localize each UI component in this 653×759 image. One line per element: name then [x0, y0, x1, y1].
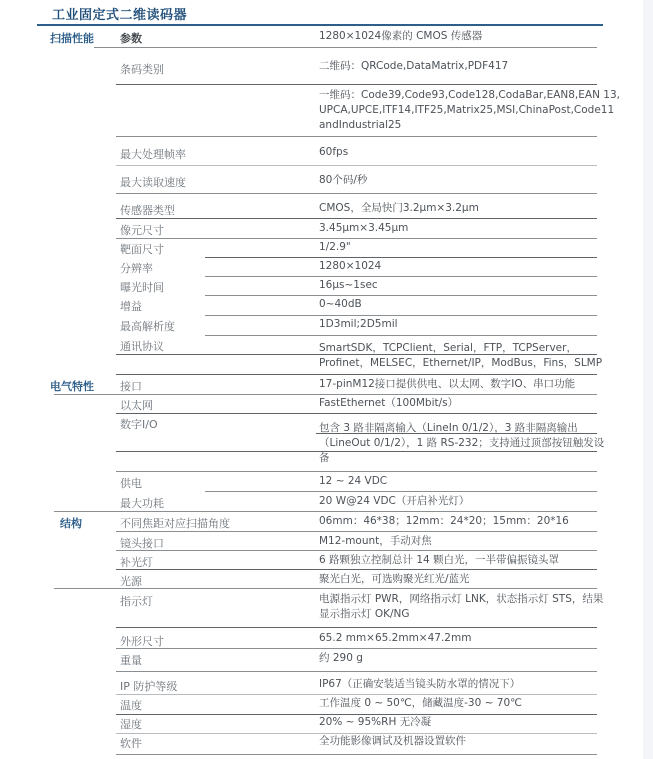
spec-label: 最大读取速度 — [120, 174, 186, 190]
row-divider — [116, 694, 597, 695]
spec-value: 6 路颗独立控制总计 14 颗白光，一半带偏振镜头罩 — [319, 553, 619, 568]
row-divider — [94, 47, 597, 48]
row-divider — [116, 531, 597, 532]
spec-value: 20 W@24 VDC（开启补光灯） — [319, 494, 619, 509]
row-divider — [205, 295, 597, 296]
spec-label: 接口 — [120, 378, 142, 394]
row-divider — [116, 193, 597, 194]
spec-value: 20% ~ 95%RH 无冷凝 — [319, 715, 619, 730]
row-divider — [316, 433, 597, 434]
spec-value: 1280×1024像素的 CMOS 传感器 — [319, 29, 619, 44]
row-divider — [205, 335, 597, 336]
spec-label: 像元尺寸 — [120, 222, 164, 238]
spec-value: 65.2 mm×65.2mm×47.2mm — [319, 631, 619, 646]
row-divider — [116, 569, 597, 570]
spec-label: 外形尺寸 — [120, 633, 164, 649]
spec-value: M12-mount，手动对焦 — [319, 534, 619, 549]
spec-label: 最大处理帧率 — [120, 146, 186, 162]
row-divider — [205, 276, 597, 277]
row-divider — [116, 84, 597, 85]
row-divider — [116, 627, 597, 628]
category-electrical: 电气特性 — [50, 378, 94, 394]
spec-label: 软件 — [120, 735, 142, 751]
row-divider — [54, 511, 597, 512]
spec-label: 指示灯 — [120, 593, 153, 609]
spec-value: 全功能影像调试及机器设置软件 — [319, 734, 619, 749]
spec-value: 二维码：QRCode,DataMatrix,PDF417 — [319, 59, 619, 74]
row-divider — [116, 218, 597, 219]
spec-value: 1D3mil;2D5mil — [319, 317, 619, 332]
row-divider — [116, 165, 597, 166]
title-divider — [37, 24, 603, 26]
row-divider — [116, 354, 597, 355]
row-divider — [54, 588, 597, 589]
spec-label: 最高解析度 — [120, 318, 175, 334]
spec-value: 工作温度 0 ~ 50℃，储藏温度-30 ~ 70℃ — [319, 696, 619, 711]
spec-label: 重量 — [120, 652, 142, 668]
row-divider — [54, 394, 597, 395]
spec-value: 06mm：46*38；12mm：24*20；15mm：20*16 — [319, 514, 619, 529]
spec-value: CMOS，全局快门3.2μm×3.2μm — [319, 201, 619, 216]
spec-label: IP 防护等级 — [120, 678, 177, 694]
spec-label: 数字I/O — [120, 416, 158, 432]
spec-label: 分辨率 — [120, 260, 153, 276]
spec-label: 增益 — [120, 298, 142, 314]
spec-value: SmartSDK，TCPClient，Serial，FTP，TCPServer，… — [319, 341, 619, 371]
row-divider — [116, 238, 597, 239]
spec-label: 最大功耗 — [120, 495, 164, 511]
spec-value: 80个码/秒 — [319, 173, 619, 188]
spec-value: 电源指示灯 PWR，网络指示灯 LNK，状态指示灯 STS，结果显示指示灯 OK… — [319, 592, 609, 622]
row-divider — [116, 648, 597, 649]
row-divider — [116, 413, 597, 414]
spec-label: 温度 — [120, 697, 142, 713]
row-divider — [205, 257, 597, 258]
spec-label: 条码类别 — [120, 61, 164, 77]
spec-value: 3.45μm×3.45μm — [319, 221, 619, 236]
spec-label: 以太网 — [120, 397, 153, 413]
spec-value: 60fps — [319, 145, 619, 160]
row-divider — [116, 550, 597, 551]
spec-label: 供电 — [120, 475, 142, 491]
spec-value: 12 ~ 24 VDC — [319, 474, 619, 489]
spec-value: IP67（正确安装适当镜头防水罩的情况下） — [319, 677, 619, 692]
spec-label: 湿度 — [120, 716, 142, 732]
spec-value: 包含 3 路非隔离输入（LineIn 0/1/2），3 路非隔离输出（LineO… — [319, 421, 609, 466]
row-divider — [116, 671, 597, 672]
spec-label: 参数 — [120, 30, 142, 46]
spec-value: 1280×1024 — [319, 259, 619, 274]
spec-value: 约 290 g — [319, 651, 619, 666]
spec-value: 0~40dB — [319, 297, 619, 312]
category-scan-performance: 扫描性能 — [50, 30, 94, 46]
spec-label: 镜头接口 — [120, 535, 164, 551]
document-title: 工业固定式二维读码器 — [52, 4, 187, 23]
spec-value: 一维码：Code39,Code93,Code128,CodaBar,EAN8,E… — [319, 88, 649, 133]
row-divider — [116, 374, 597, 375]
spec-value: FastEthernet（100Mbit/s） — [319, 396, 619, 411]
spec-label: 不同焦距对应扫描角度 — [120, 515, 230, 531]
spec-label: 光源 — [120, 573, 142, 589]
row-divider — [205, 315, 597, 316]
spec-label: 补光灯 — [120, 554, 153, 570]
category-structure: 结构 — [60, 515, 82, 531]
spec-label: 传感器类型 — [120, 202, 175, 218]
spec-label: 靶面尺寸 — [120, 241, 164, 257]
spec-value: 聚光白光，可选购聚光红光/蓝光 — [319, 572, 619, 587]
row-divider — [116, 136, 597, 137]
row-divider — [116, 451, 597, 452]
spec-value: 16μs~1sec — [319, 278, 619, 293]
row-divider — [116, 471, 597, 472]
row-divider — [116, 754, 597, 755]
spec-label: 曝光时间 — [120, 279, 164, 295]
row-divider — [205, 491, 597, 492]
spec-label: 通讯协议 — [120, 338, 164, 354]
spec-value: 17-pinM12接口提供供电、以太网、数字IO、串口功能 — [319, 377, 619, 392]
spec-value: 1/2.9" — [319, 240, 619, 255]
